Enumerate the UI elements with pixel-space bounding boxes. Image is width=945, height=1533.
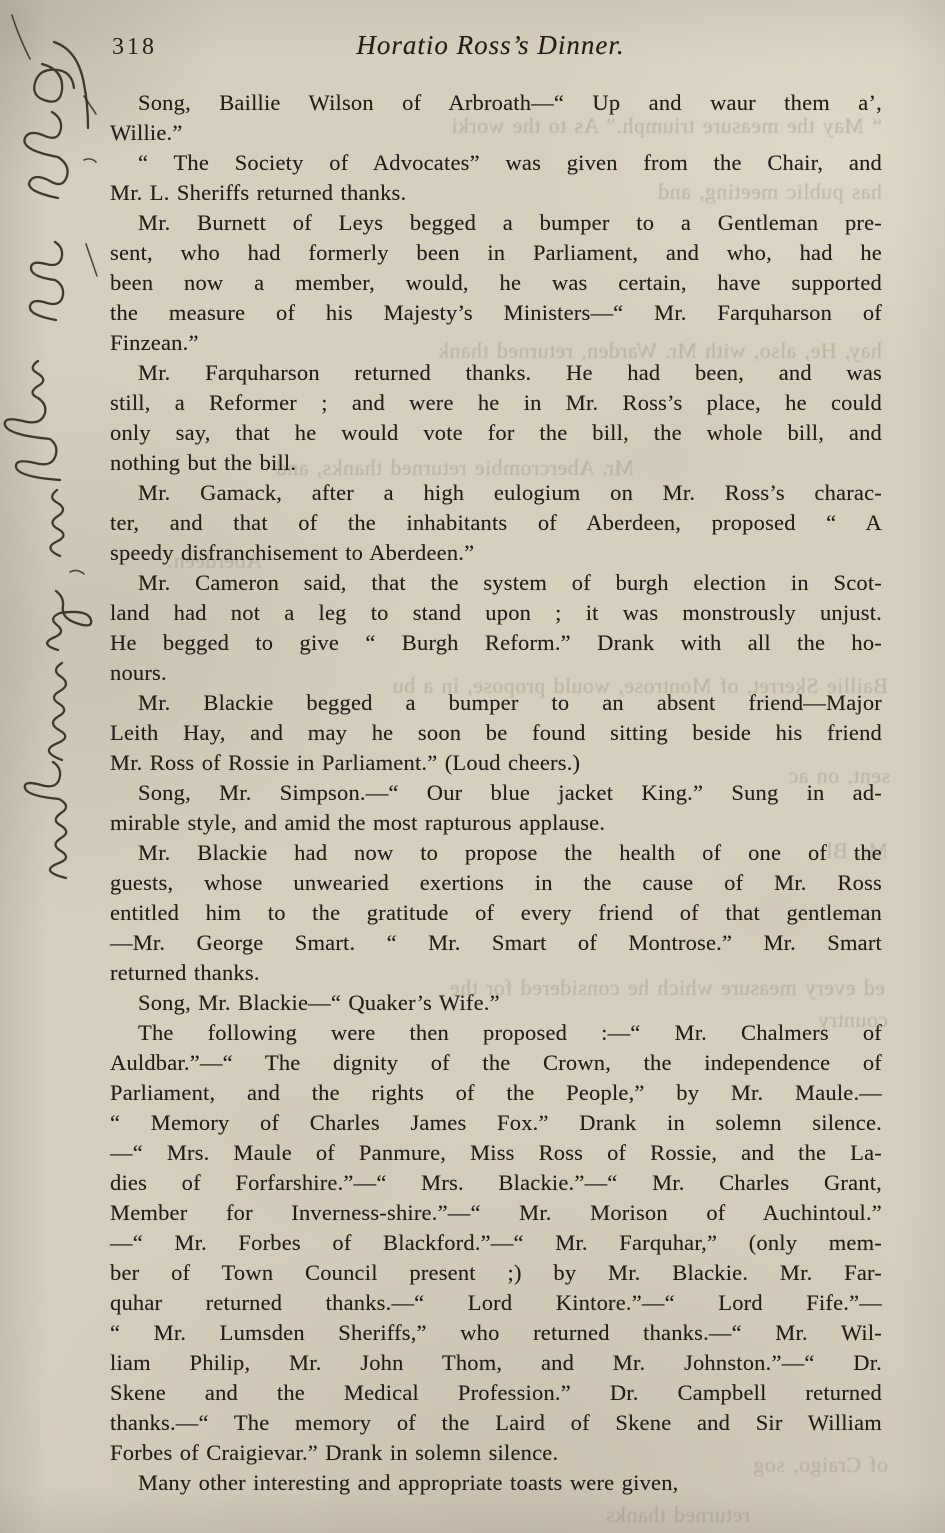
text-line: entitled him to the gratitude of every f… — [110, 898, 882, 928]
text-line: quhar returned thanks.—“ Lord Kintore.”—… — [110, 1288, 882, 1318]
paragraph: The following were then proposed :—“ Mr.… — [110, 1018, 882, 1468]
text-line: dies of Forfarshire.”—“ Mrs. Blackie.”—“… — [110, 1168, 882, 1198]
text-line: “ The Society of Advocates” was given fr… — [110, 148, 882, 178]
book-page: “ May the measure triumph.” As to the wo… — [0, 0, 945, 1533]
paragraph: Song, Baillie Wilson of Arbroath—“ Up an… — [110, 88, 882, 148]
handwritten-marginalia — [0, 0, 110, 920]
text-line: Willie.” — [110, 118, 882, 148]
text-line: Mr. Cameron said, that the system of bur… — [110, 568, 882, 598]
paragraph: Mr. Blackie had now to propose the healt… — [110, 838, 882, 988]
text-line: mirable style, and amid the most rapturo… — [110, 808, 882, 838]
ghost-text-line: returned thanks — [330, 1502, 750, 1528]
paragraph: Mr. Blackie begged a bumper to an absent… — [110, 688, 882, 778]
text-line: He begged to give “ Burgh Reform.” Drank… — [110, 628, 882, 658]
text-line: only say, that he would vote for the bil… — [110, 418, 882, 448]
text-line: returned thanks. — [110, 958, 882, 988]
text-line: guests, whose unwearied exertions in the… — [110, 868, 882, 898]
text-line: Mr. Ross of Rossie in Parliament.” (Loud… — [110, 748, 882, 778]
text-line: Mr. L. Sheriffs returned thanks. — [110, 178, 882, 208]
paragraph: Mr. Cameron said, that the system of bur… — [110, 568, 882, 688]
text-line: ter, and that of the inhabitants of Aber… — [110, 508, 882, 538]
text-line: liam Philip, Mr. John Thom, and Mr. John… — [110, 1348, 882, 1378]
text-line: Mr. Blackie begged a bumper to an absent… — [110, 688, 882, 718]
text-line: Forbes of Craigievar.” Drank in solemn s… — [110, 1438, 882, 1468]
paragraph: Mr. Burnett of Leys begged a bumper to a… — [110, 208, 882, 358]
text-line: thanks.—“ The memory of the Laird of Ske… — [110, 1408, 882, 1438]
paragraph: Many other interesting and appropriate t… — [110, 1468, 882, 1498]
text-block: Song, Baillie Wilson of Arbroath—“ Up an… — [110, 88, 882, 1498]
text-line: Mr. Blackie had now to propose the healt… — [110, 838, 882, 868]
text-line: still, a Reformer ; and were he in Mr. R… — [110, 388, 882, 418]
text-line: Member for Inverness-shire.”—“ Mr. Moris… — [110, 1198, 882, 1228]
text-line: Finzean.” — [110, 328, 882, 358]
text-line: The following were then proposed :—“ Mr.… — [110, 1018, 882, 1048]
text-line: “ Mr. Lumsden Sheriffs,” who returned th… — [110, 1318, 882, 1348]
paragraph: “ The Society of Advocates” was given fr… — [110, 148, 882, 208]
text-line: —“ Mr. Forbes of Blackford.”—“ Mr. Farqu… — [110, 1228, 882, 1258]
text-line: nours. — [110, 658, 882, 688]
text-line: sent, who had formerly been in Parliamen… — [110, 238, 882, 268]
paragraph: Song, Mr. Blackie—“ Quaker’s Wife.” — [110, 988, 882, 1018]
paragraph: Mr. Gamack, after a high eulogium on Mr.… — [110, 478, 882, 568]
text-line: Auldbar.”—“ The dignity of the Crown, th… — [110, 1048, 882, 1078]
text-line: Many other interesting and appropriate t… — [110, 1468, 882, 1498]
text-line: ber of Town Council present ;) by Mr. Bl… — [110, 1258, 882, 1288]
text-line: Mr. Gamack, after a high eulogium on Mr.… — [110, 478, 882, 508]
text-line: Parliament, and the rights of the People… — [110, 1078, 882, 1108]
text-line: —“ Mrs. Maule of Panmure, Miss Ross of R… — [110, 1138, 882, 1168]
text-line: Song, Mr. Simpson.—“ Our blue jacket Kin… — [110, 778, 882, 808]
text-line: “ Memory of Charles James Fox.” Drank in… — [110, 1108, 882, 1138]
text-line: —Mr. George Smart. “ Mr. Smart of Montro… — [110, 928, 882, 958]
paragraph: Song, Mr. Simpson.—“ Our blue jacket Kin… — [110, 778, 882, 838]
text-line: nothing but the bill. — [110, 448, 882, 478]
page-header: 318 Horatio Ross’s Dinner. — [0, 0, 945, 80]
text-line: Song, Baillie Wilson of Arbroath—“ Up an… — [110, 88, 882, 118]
text-line: the measure of his Majesty’s Ministers—“… — [110, 298, 882, 328]
text-line: Skene and the Medical Profession.” Dr. C… — [110, 1378, 882, 1408]
text-line: Mr. Burnett of Leys begged a bumper to a… — [110, 208, 882, 238]
text-line: been now a member, would, he was certain… — [110, 268, 882, 298]
text-line: speedy disfranchisement to Aberdeen.” — [110, 538, 882, 568]
text-line: Mr. Farquharson returned thanks. He had … — [110, 358, 882, 388]
paragraph: Mr. Farquharson returned thanks. He had … — [110, 358, 882, 478]
text-line: land had not a leg to stand upon ; it wa… — [110, 598, 882, 628]
text-line: Song, Mr. Blackie—“ Quaker’s Wife.” — [110, 988, 882, 1018]
text-line: Leith Hay, and may he soon be found sitt… — [110, 718, 882, 748]
running-header-title: Horatio Ross’s Dinner. — [356, 30, 624, 61]
page-number: 318 — [112, 34, 157, 61]
